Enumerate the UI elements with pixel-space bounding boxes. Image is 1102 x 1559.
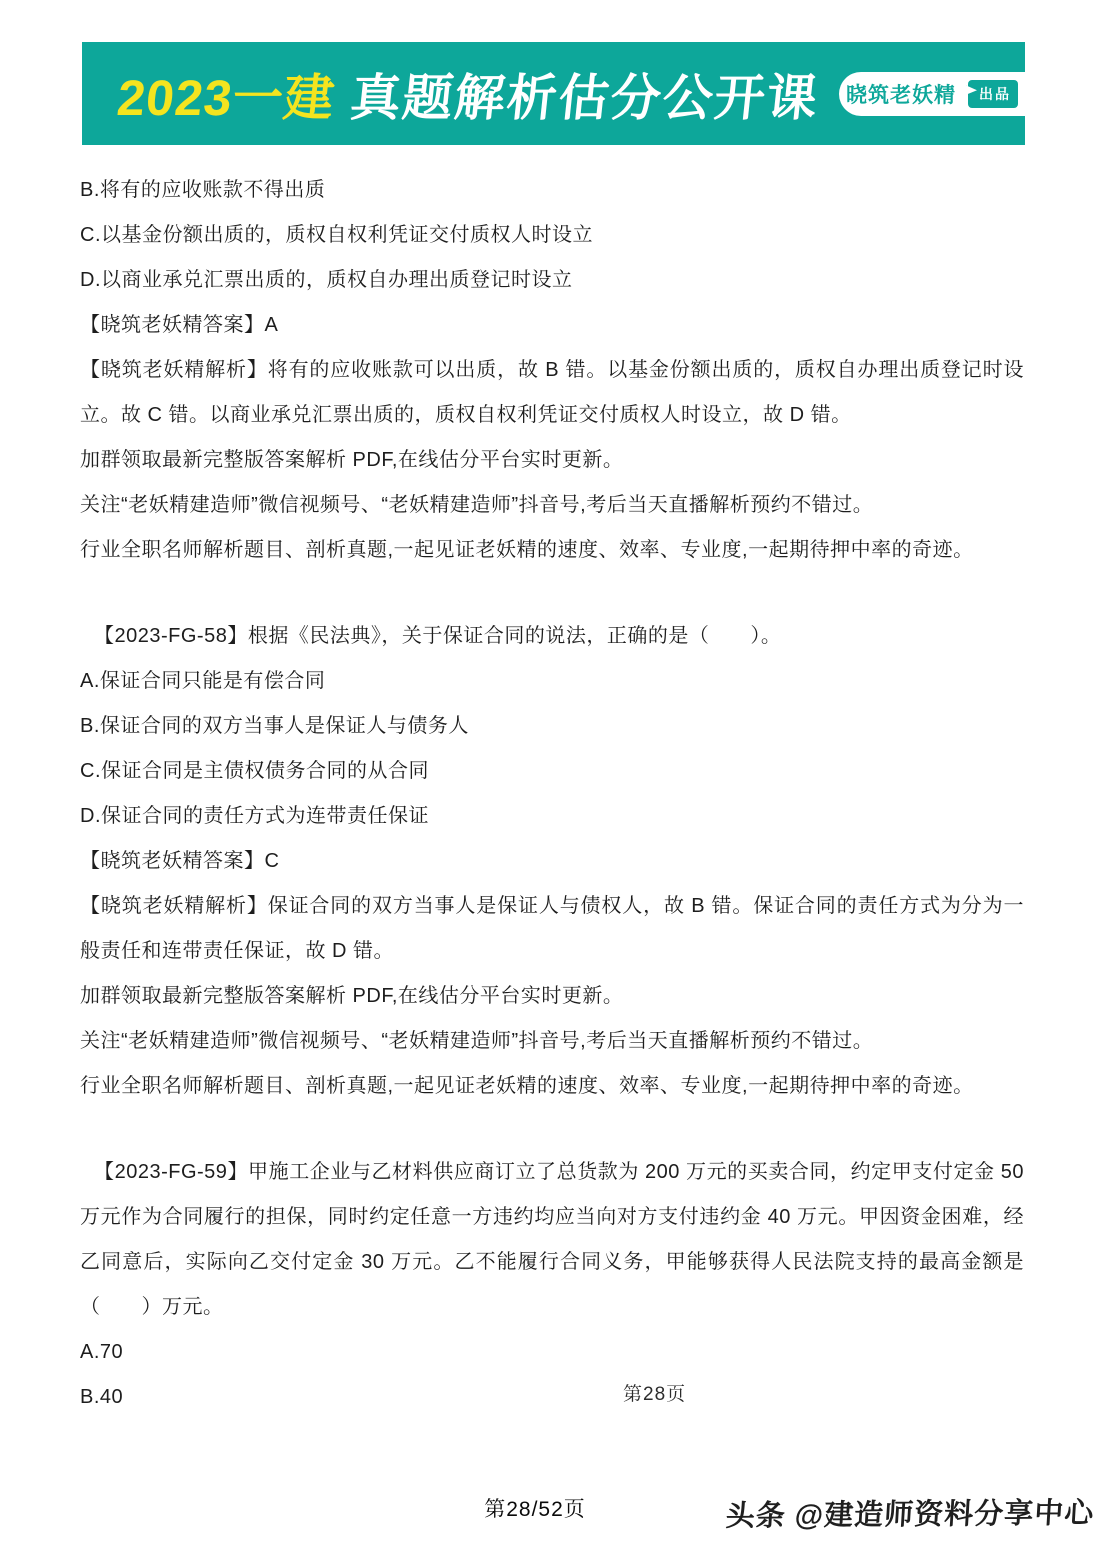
inner-page-number: 第28页 bbox=[623, 1379, 686, 1406]
q58-option-d: D.保证合同的责任方式为连带责任保证 bbox=[80, 794, 1024, 839]
q57-option-c: C.以基金份额出质的，质权自权利凭证交付质权人时设立 bbox=[80, 213, 1024, 258]
q59-option-b: B.40 bbox=[80, 1375, 1024, 1420]
q58-question: 【2023-FG-58】根据《民法典》，关于保证合同的说法，正确的是（ ）。 bbox=[80, 614, 1024, 659]
q58-promo-group: 加群领取最新完整版答案解析 PDF,在线估分平台实时更新。 bbox=[80, 974, 1024, 1019]
q58-option-a: A.保证合同只能是有偿合同 bbox=[80, 659, 1024, 704]
document-content: B.将有的应收账款不得出质 C.以基金份额出质的，质权自权利凭证交付质权人时设立… bbox=[0, 145, 1102, 1420]
banner-title-year: 2023一建 bbox=[114, 58, 339, 130]
banner-title-course: 真题解析估分公开课 bbox=[347, 58, 823, 130]
q59-option-a: A.70 bbox=[80, 1330, 1024, 1375]
watermark-toutiao: 头条 @建造师资料分享中心 bbox=[724, 1490, 1095, 1534]
q58-analysis: 【晓筑老妖精解析】保证合同的双方当事人是保证人与债权人，故 B 错。保证合同的责… bbox=[80, 884, 1024, 974]
q57-answer: 【晓筑老妖精答案】A bbox=[80, 303, 1024, 348]
q57-option-d: D.以商业承兑汇票出质的，质权自办理出质登记时设立 bbox=[80, 258, 1024, 303]
q59-question: 【2023-FG-59】甲施工企业与乙材料供应商订立了总货款为 200 万元的买… bbox=[80, 1150, 1024, 1330]
banner-title: 2023一建 真题解析估分公开课 bbox=[113, 42, 825, 145]
brand-name: 晓筑老妖精 bbox=[846, 79, 956, 109]
document-page: 2023一建 真题解析估分公开课 晓筑老妖精 出品 B.将有的应收账款不得出质 … bbox=[0, 0, 1102, 1559]
q58-option-b: B.保证合同的双方当事人是保证人与债务人 bbox=[80, 704, 1024, 749]
q58-answer: 【晓筑老妖精答案】C bbox=[80, 839, 1024, 884]
q58-promo-follow: 关注“老妖精建造师”微信视频号、“老妖精建造师”抖音号,考后当天直播解析预约不错… bbox=[80, 1019, 1024, 1064]
q57-promo-team: 行业全职名师解析题目、剖析真题,一起见证老妖精的速度、效率、专业度,一起期待押中… bbox=[80, 528, 1024, 573]
q58-promo-team: 行业全职名师解析题目、剖析真题,一起见证老妖精的速度、效率、专业度,一起期待押中… bbox=[80, 1064, 1024, 1109]
header-banner: 2023一建 真题解析估分公开课 晓筑老妖精 出品 bbox=[82, 42, 1025, 145]
q57-promo-follow: 关注“老妖精建造师”微信视频号、“老妖精建造师”抖音号,考后当天直播解析预约不错… bbox=[80, 483, 1024, 528]
q57-promo-group: 加群领取最新完整版答案解析 PDF,在线估分平台实时更新。 bbox=[80, 438, 1024, 483]
q57-option-b: B.将有的应收账款不得出质 bbox=[80, 168, 1024, 213]
q57-analysis: 【晓筑老妖精解析】将有的应收账款可以出质，故 B 错。以基金份额出质的，质权自办… bbox=[80, 348, 1024, 438]
brand-badge: 出品 bbox=[968, 80, 1018, 108]
q58-option-c: C.保证合同是主债权债务合同的从合同 bbox=[80, 749, 1024, 794]
brand-logo-pill: 晓筑老妖精 出品 bbox=[839, 72, 1025, 116]
